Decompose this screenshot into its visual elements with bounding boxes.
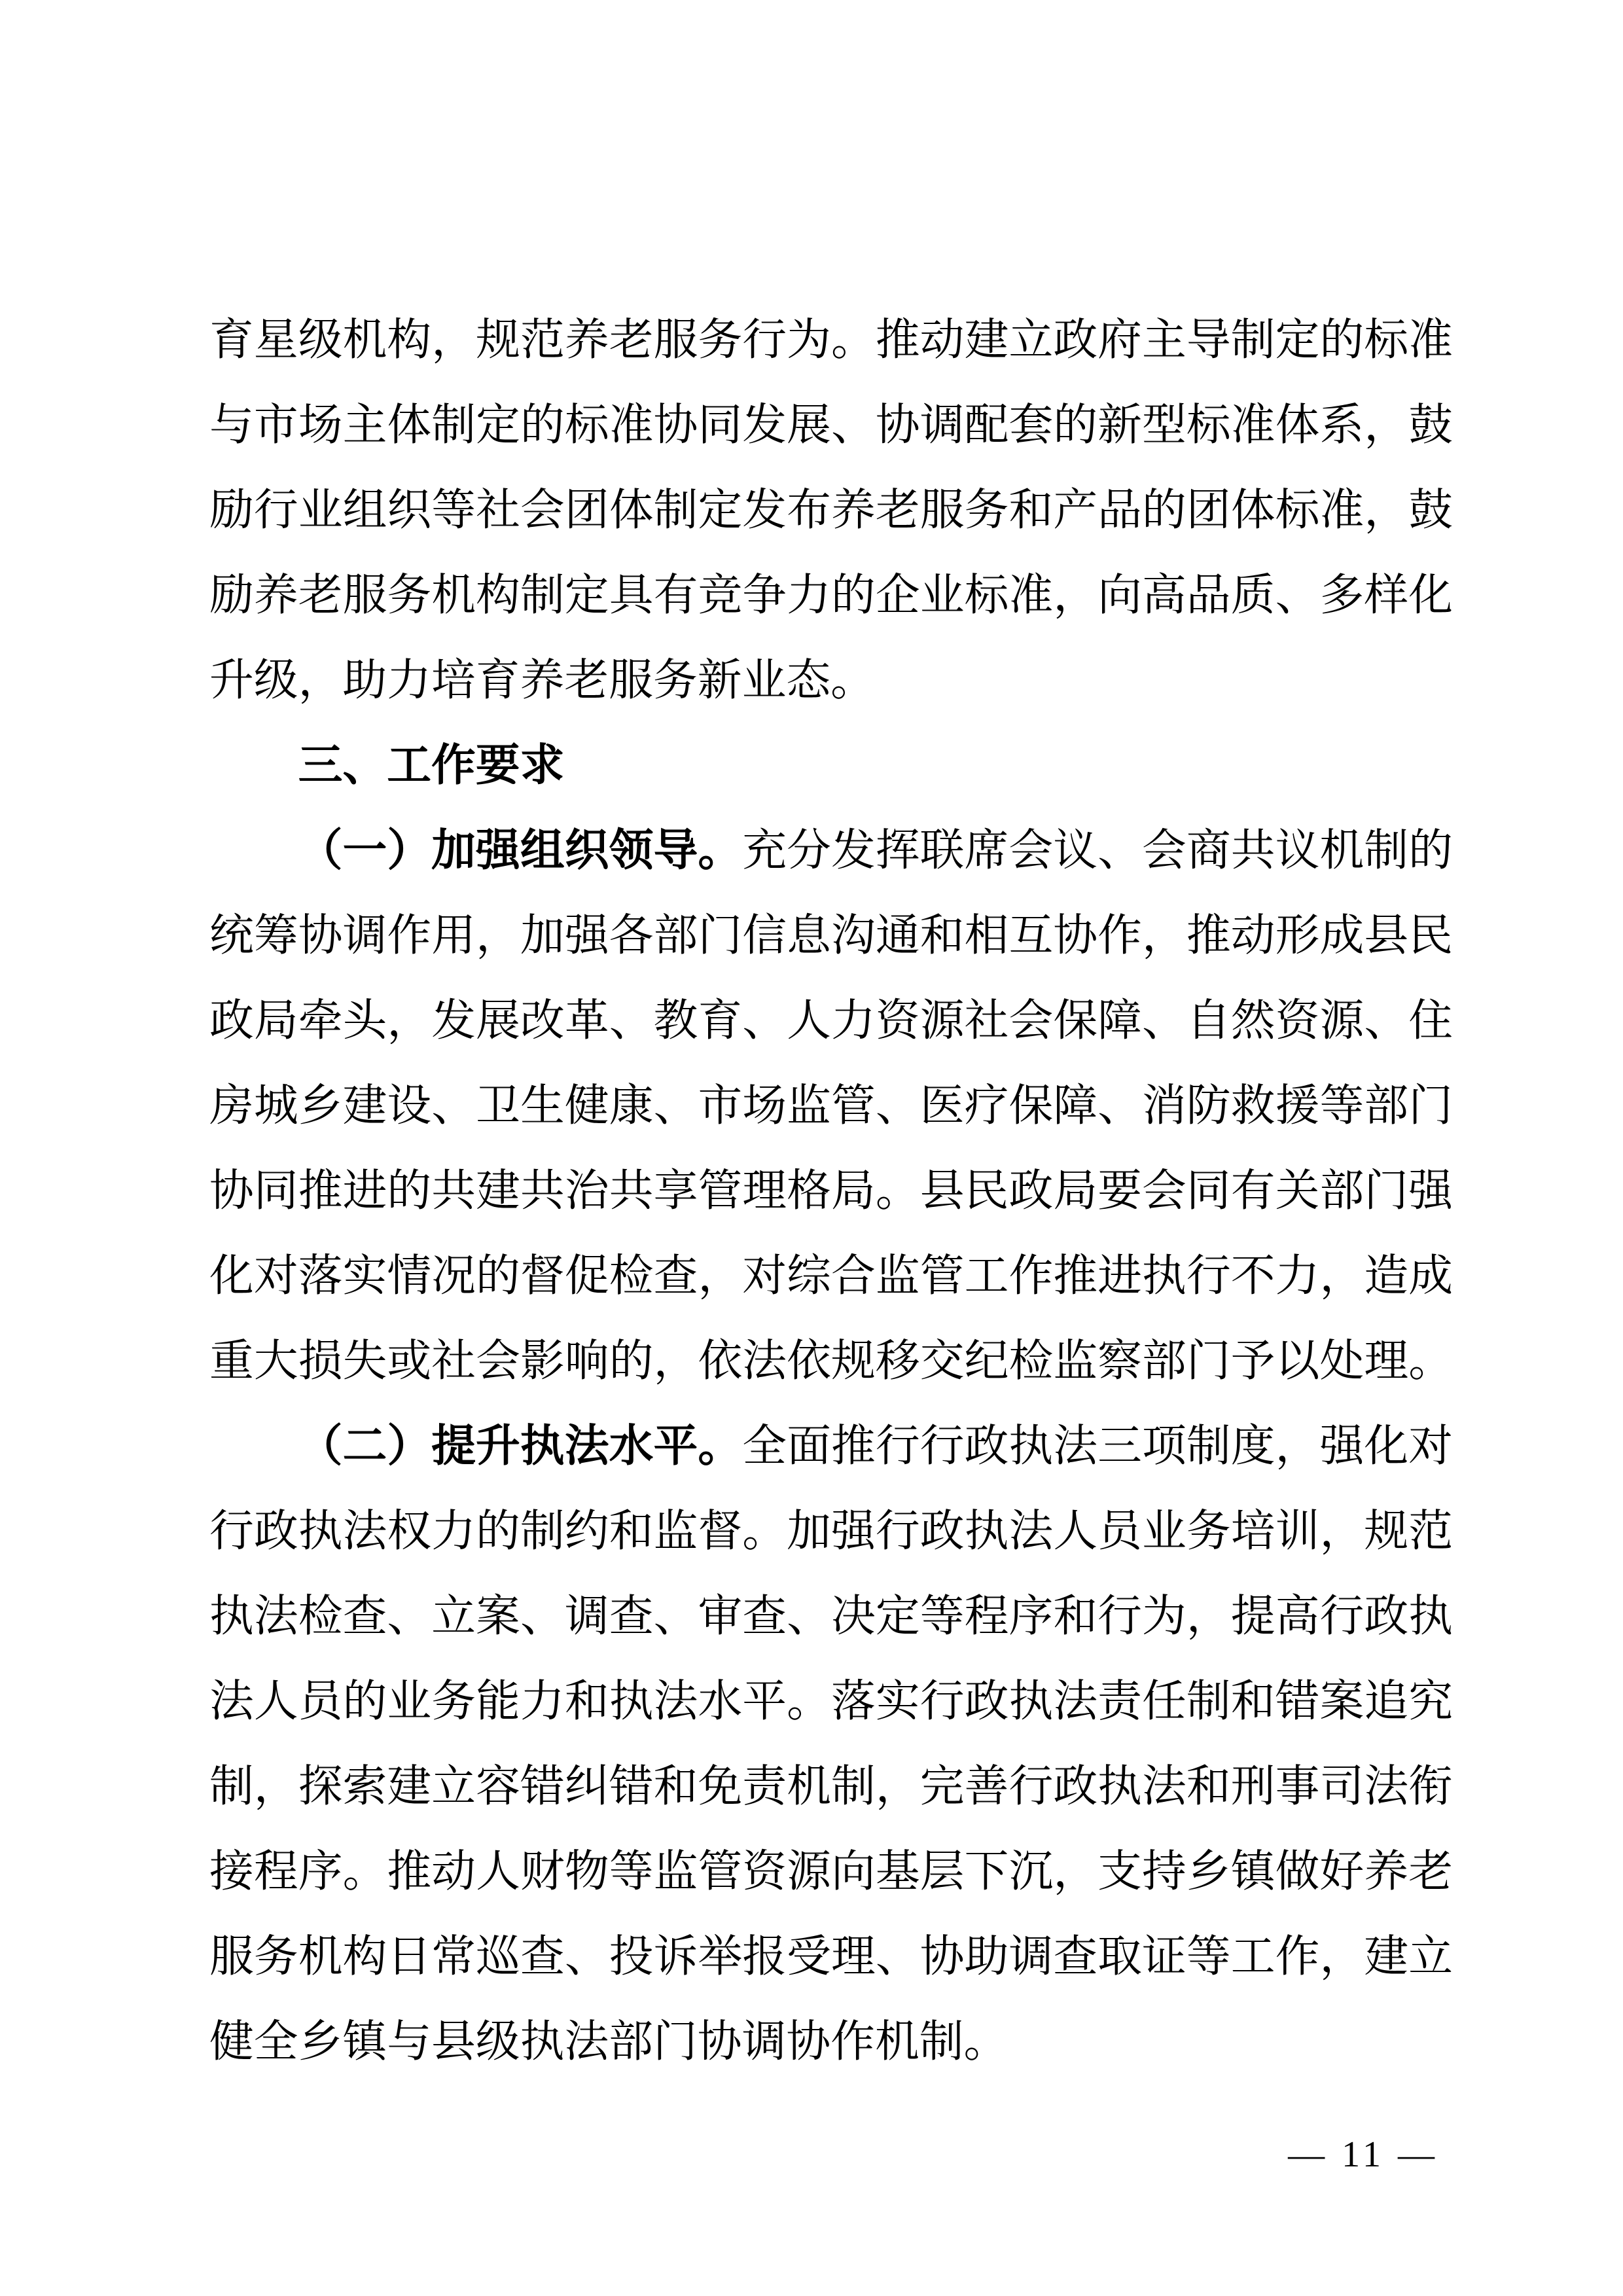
line-text: 与市场主体制定的标准协同发展、协调配套的新型标准体系，鼓 xyxy=(209,401,1453,450)
text-line: 房城乡建设、卫生健康、市场监管、医疗保障、消防救援等部门 xyxy=(209,1064,1453,1149)
line-text: 励行业组织等社会团体制定发布养老服务和产品的团体标准，鼓 xyxy=(209,486,1453,535)
text-line: 健全乡镇与县级执法部门协调协作机制。 xyxy=(209,2000,1453,2085)
text-line: 励行业组织等社会团体制定发布养老服务和产品的团体标准，鼓 xyxy=(209,468,1453,553)
text-line: 制，探索建立容错纠错和免责机制，完善行政执法和刑事司法衔 xyxy=(209,1744,1453,1829)
text-line: （二）提升执法水平。全面推行行政执法三项制度，强化对 xyxy=(209,1404,1453,1489)
paragraph-lead: （一）加强组织领导。 xyxy=(298,826,743,875)
text-line: 服务机构日常巡查、投诉举报受理、协助调查取证等工作，建立 xyxy=(209,1914,1453,2000)
text-line: 与市场主体制定的标准协同发展、协调配套的新型标准体系，鼓 xyxy=(209,383,1453,468)
text-line: 统筹协调作用，加强各部门信息沟通和相互协作，推动形成县民 xyxy=(209,893,1453,978)
text-line: 法人员的业务能力和执法水平。落实行政执法责任制和错案追究 xyxy=(209,1659,1453,1744)
line-text: 健全乡镇与县级执法部门协调协作机制。 xyxy=(209,2017,1008,2066)
line-text: 重大损失或社会影响的，依法依规移交纪检监察部门予以处理。 xyxy=(209,1336,1453,1386)
paragraph-lead: （二）提升执法水平。 xyxy=(298,1422,743,1471)
text-line: 励养老服务机构制定具有竞争力的企业标准，向高品质、多样化 xyxy=(209,553,1453,638)
line-text: 充分发挥联席会议、会商共议机制的 xyxy=(742,826,1453,875)
line-text: 房城乡建设、卫生健康、市场监管、医疗保障、消防救援等部门 xyxy=(209,1081,1453,1130)
section-heading: 三、工作要求 xyxy=(209,723,1453,808)
line-text: 制，探索建立容错纠错和免责机制，完善行政执法和刑事司法衔 xyxy=(209,1762,1453,1811)
line-text: 服务机构日常巡查、投诉举报受理、协助调查取证等工作，建立 xyxy=(209,1932,1453,1981)
text-line: 重大损失或社会影响的，依法依规移交纪检监察部门予以处理。 xyxy=(209,1319,1453,1404)
document-page: 育星级机构，规范养老服务行为。推动建立政府主导制定的标准 与市场主体制定的标准协… xyxy=(0,0,1623,2296)
document-body: 育星级机构，规范养老服务行为。推动建立政府主导制定的标准 与市场主体制定的标准协… xyxy=(209,298,1453,2085)
line-text: 行政执法权力的制约和监督。加强行政执法人员业务培训，规范 xyxy=(209,1507,1453,1556)
line-text: 统筹协调作用，加强各部门信息沟通和相互协作，推动形成县民 xyxy=(209,911,1453,960)
text-line: （一）加强组织领导。充分发挥联席会议、会商共议机制的 xyxy=(209,808,1453,893)
line-text: 法人员的业务能力和执法水平。落实行政执法责任制和错案追究 xyxy=(209,1677,1453,1726)
text-line: 育星级机构，规范养老服务行为。推动建立政府主导制定的标准 xyxy=(209,298,1453,383)
page-number: — 11 — xyxy=(1288,2128,1438,2181)
line-text: 全面推行行政执法三项制度，强化对 xyxy=(742,1422,1453,1471)
text-line: 化对落实情况的督促检查，对综合监管工作推进执行不力，造成 xyxy=(209,1234,1453,1319)
text-line: 升级，助力培育养老服务新业态。 xyxy=(209,638,1453,723)
line-text: 执法检查、立案、调查、审查、决定等程序和行为，提高行政执 xyxy=(209,1592,1453,1641)
text-line: 行政执法权力的制约和监督。加强行政执法人员业务培训，规范 xyxy=(209,1489,1453,1574)
line-text: 政局牵头，发展改革、教育、人力资源社会保障、自然资源、住 xyxy=(209,996,1453,1045)
text-line: 接程序。推动人财物等监管资源向基层下沉，支持乡镇做好养老 xyxy=(209,1829,1453,1914)
line-text: 育星级机构，规范养老服务行为。推动建立政府主导制定的标准 xyxy=(209,315,1453,365)
line-text: 接程序。推动人财物等监管资源向基层下沉，支持乡镇做好养老 xyxy=(209,1847,1453,1896)
line-text: 化对落实情况的督促检查，对综合监管工作推进执行不力，造成 xyxy=(209,1251,1453,1300)
text-line: 政局牵头，发展改革、教育、人力资源社会保障、自然资源、住 xyxy=(209,978,1453,1064)
line-text: 升级，助力培育养老服务新业态。 xyxy=(209,656,875,705)
text-line: 协同推进的共建共治共享管理格局。县民政局要会同有关部门强 xyxy=(209,1149,1453,1234)
heading-text: 三、工作要求 xyxy=(298,741,565,790)
line-text: 协同推进的共建共治共享管理格局。县民政局要会同有关部门强 xyxy=(209,1166,1453,1215)
line-text: 励养老服务机构制定具有竞争力的企业标准，向高品质、多样化 xyxy=(209,571,1453,620)
text-line: 执法检查、立案、调查、审查、决定等程序和行为，提高行政执 xyxy=(209,1574,1453,1659)
